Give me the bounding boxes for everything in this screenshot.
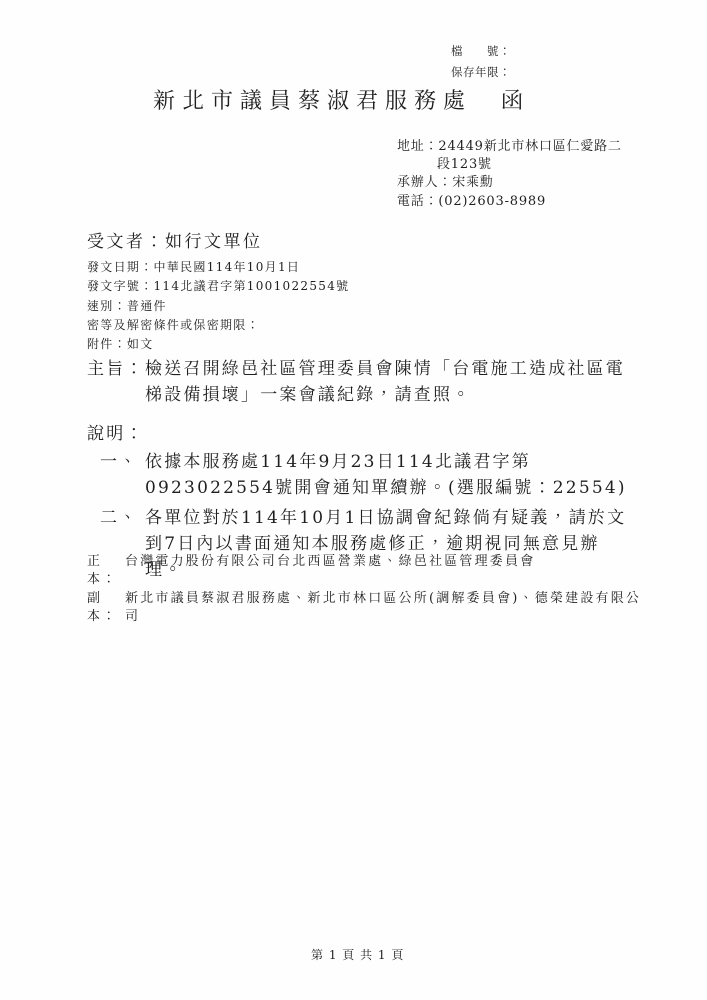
document-meta-block: 發文日期：中華民國114年10月1日 發文字號：114北議君字第10010225… [87, 258, 349, 354]
subject-text: 檢送召開綠邑社區管理委員會陳情「台電施工造成社區電梯設備損壞」一案會議紀錄，請查… [145, 356, 631, 408]
subject-section: 主旨： 檢送召開綠邑社區管理委員會陳情「台電施工造成社區電梯設備損壞」一案會議紀… [87, 356, 631, 408]
page-number-indicator: 第 1 頁 共 1 頁 [311, 946, 404, 963]
original-copy-label: 正本： [87, 553, 125, 590]
description-item: 一、 依據本服務處114年9月23日114北議君字第0923022554號開會通… [100, 449, 631, 501]
distribution-block: 正本： 台灣電力股份有限公司台北西區營業處、綠邑社區管理委員會 副本： 新北市議… [87, 553, 646, 626]
speed-class-line: 速別：普通件 [87, 297, 349, 316]
original-copy-row: 正本： 台灣電力股份有限公司台北西區營業處、綠邑社區管理委員會 [87, 553, 646, 590]
document-title: 新北市議員蔡淑君服務處 函 [153, 84, 530, 115]
cc-copy-recipients: 新北市議員蔡淑君服務處、新北市林口區公所(調解委員會)、德榮建設有限公司 [125, 590, 646, 627]
issue-date-line: 發文日期：中華民國114年10月1日 [87, 258, 349, 277]
original-copy-recipients: 台灣電力股份有限公司台北西區營業處、綠邑社區管理委員會 [125, 553, 646, 590]
sender-contact-person: 承辦人：宋乘勳 [397, 174, 622, 192]
subject-label: 主旨： [87, 356, 145, 408]
sender-address-line2: 段123號 [397, 156, 622, 174]
security-class-line: 密等及解密條件或保密期限： [87, 316, 349, 335]
doc-number-line: 發文字號：114北議君字第1001022554號 [87, 277, 349, 296]
file-number-block: 檔 號： 保存年限： [451, 41, 511, 83]
cc-copy-row: 副本： 新北市議員蔡淑君服務處、新北市林口區公所(調解委員會)、德榮建設有限公司 [87, 590, 646, 627]
attachment-line: 附件：如文 [87, 335, 349, 354]
description-item-number: 一、 [100, 449, 145, 501]
cc-copy-label: 副本： [87, 590, 125, 627]
sender-address-line1: 地址：24449新北市林口區仁愛路二 [397, 138, 622, 156]
retention-period-label: 保存年限： [451, 62, 511, 83]
official-letter-page: 檔 號： 保存年限： 新北市議員蔡淑君服務處 函 地址：24449新北市林口區仁… [0, 0, 707, 1000]
description-item-text: 依據本服務處114年9月23日114北議君字第0923022554號開會通知單續… [145, 449, 631, 501]
sender-phone: 電話：(02)2603-8989 [397, 193, 622, 211]
description-label: 說明： [87, 421, 631, 447]
sender-contact-block: 地址：24449新北市林口區仁愛路二 段123號 承辦人：宋乘勳 電話：(02)… [397, 138, 622, 211]
file-number-label: 檔 號： [451, 41, 511, 62]
recipient-line: 受文者：如行文單位 [87, 227, 263, 252]
